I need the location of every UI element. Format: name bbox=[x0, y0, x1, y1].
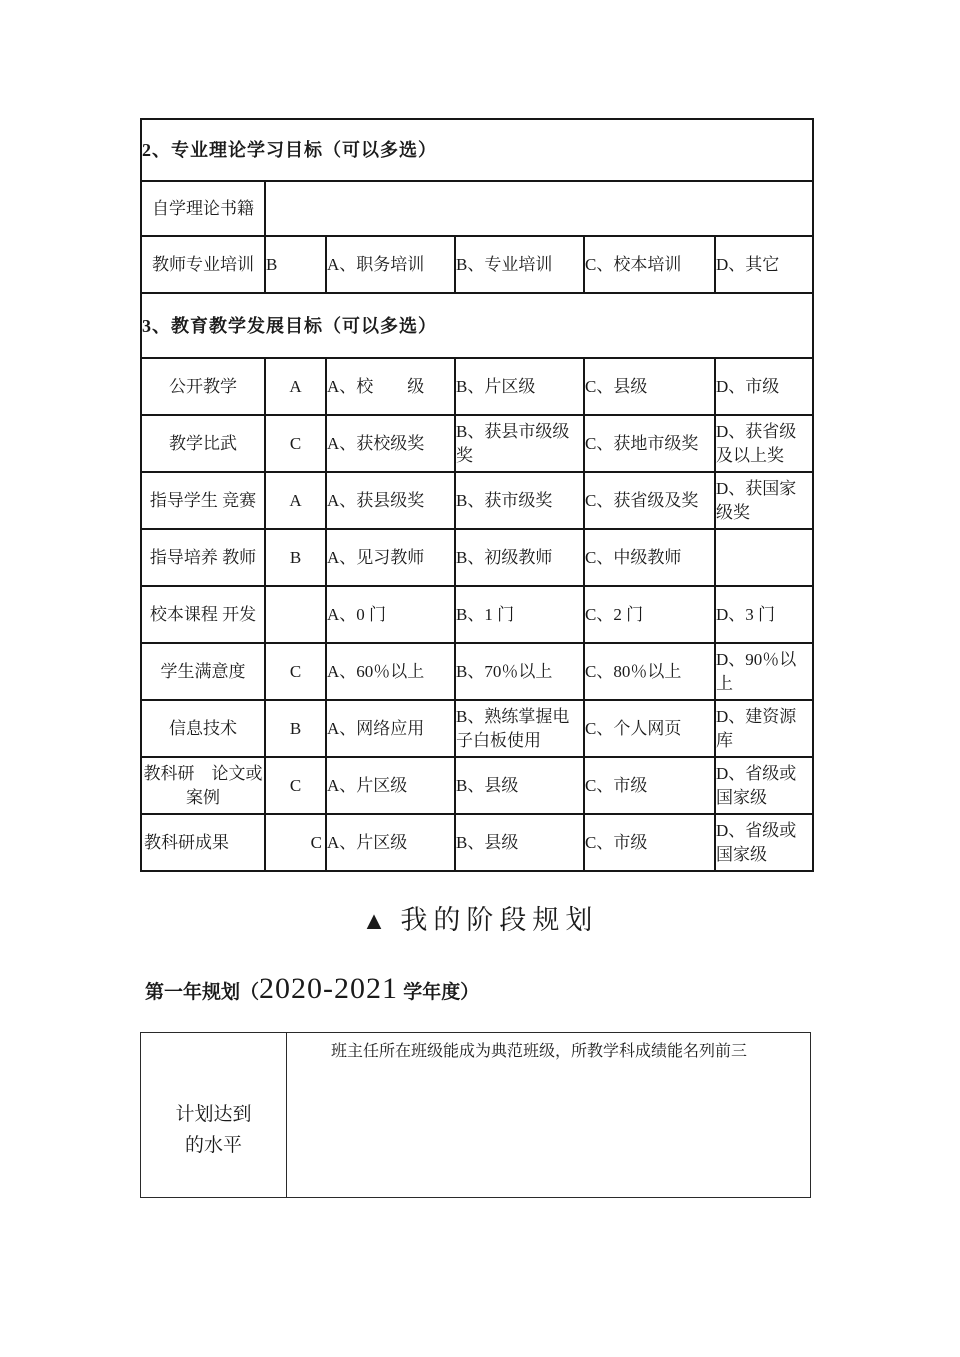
goal-option-c: C、中级教师 bbox=[584, 529, 715, 586]
goal-option-d: D、获国家级奖 bbox=[715, 472, 813, 529]
goal-row-label: 教科研成果 bbox=[141, 814, 265, 871]
goal-option-a: A、网络应用 bbox=[326, 700, 455, 757]
year-plan-table: 计划达到 的水平 班主任所在班级能成为典范班级，所教学科成绩能名列前三 bbox=[140, 1032, 811, 1198]
plan-level-label-line1: 计划达到 bbox=[142, 1099, 285, 1130]
goal-option-d: D、市级 bbox=[715, 358, 813, 415]
goal-option-b: B、县级 bbox=[455, 814, 584, 871]
goal-row: 公开教学 A A、校 级 B、片区级 C、县级 D、市级 bbox=[141, 358, 813, 415]
goal-row-label: 指导培养 教师 bbox=[141, 529, 265, 586]
goal-option-a: A、获县级奖 bbox=[326, 472, 455, 529]
goal-option-d: D、省级或国家级 bbox=[715, 757, 813, 814]
goal-row-choice: C bbox=[265, 814, 326, 871]
goal-row-label: 指导学生 竞赛 bbox=[141, 472, 265, 529]
goal-option-a: A、60％以上 bbox=[326, 643, 455, 700]
plan-level-content: 班主任所在班级能成为典范班级，所教学科成绩能名列前三 bbox=[287, 1033, 811, 1198]
year-plan-suffix: 学年度） bbox=[398, 982, 479, 1003]
goal-row: 教科研成果 C A、片区级 B、县级 C、市级 D、省级或国家级 bbox=[141, 814, 813, 871]
goal-option-c: C、校本培训 bbox=[584, 236, 715, 293]
goal-option-a: A、片区级 bbox=[326, 757, 455, 814]
section3-title: 3、教育教学发展目标（可以多选） bbox=[141, 293, 813, 358]
goal-row: 校本课程 开发 A、0 门 B、1 门 C、2 门 D、3 门 bbox=[141, 586, 813, 643]
goal-option-a: A、校 级 bbox=[326, 358, 455, 415]
goal-row: 指导培养 教师 B A、见习教师 B、初级教师 C、中级教师 bbox=[141, 529, 813, 586]
goal-row-label: 教师专业培训 bbox=[141, 236, 265, 293]
goal-option-b: B、熟练掌握电子白板使用 bbox=[455, 700, 584, 757]
goal-row: 学生满意度 C A、60％以上 B、70％以上 C、80％以上 D、90％以上 bbox=[141, 643, 813, 700]
goal-option-d: D、3 门 bbox=[715, 586, 813, 643]
goal-row-label: 学生满意度 bbox=[141, 643, 265, 700]
goal-option-b: B、专业培训 bbox=[455, 236, 584, 293]
goal-option-d: D、获省级及以上奖 bbox=[715, 415, 813, 472]
development-goals-table: 2、专业理论学习目标（可以多选） 自学理论书籍 教师专业培训 B A、职务培训 … bbox=[140, 118, 814, 872]
goal-option-b: B、70％以上 bbox=[455, 643, 584, 700]
goal-option-b: B、县级 bbox=[455, 757, 584, 814]
triangle-marker-icon: ▲ bbox=[362, 908, 387, 935]
goal-row-label: 教科研 论文或案例 bbox=[141, 757, 265, 814]
goal-option-a: A、片区级 bbox=[326, 814, 455, 871]
goal-option-c: C、2 门 bbox=[584, 586, 715, 643]
stage-plan-heading: ▲我的阶段规划 bbox=[0, 898, 960, 937]
goal-option-b: B、获县市级级奖 bbox=[455, 415, 584, 472]
goal-option-d bbox=[715, 529, 813, 586]
goal-row-choice: C bbox=[265, 415, 326, 472]
goal-row: 教科研 论文或案例 C A、片区级 B、县级 C、市级 D、省级或国家级 bbox=[141, 757, 813, 814]
goal-row: 教学比武 C A、获校级奖 B、获县市级级奖 C、获地市级奖 D、获省级及以上奖 bbox=[141, 415, 813, 472]
goal-row-choice: A bbox=[265, 358, 326, 415]
goal-row-label: 校本课程 开发 bbox=[141, 586, 265, 643]
goal-option-a: A、获校级奖 bbox=[326, 415, 455, 472]
goal-row-choice: B bbox=[265, 236, 326, 293]
plan-level-label: 计划达到 的水平 bbox=[141, 1033, 287, 1198]
teacher-training-row: 教师专业培训 B A、职务培训 B、专业培训 C、校本培训 D、其它 bbox=[141, 236, 813, 293]
goal-row-choice: C bbox=[265, 643, 326, 700]
year-plan-open-paren: （ bbox=[240, 982, 259, 1003]
goal-option-a: A、0 门 bbox=[326, 586, 455, 643]
goal-option-c: C、县级 bbox=[584, 358, 715, 415]
plan-level-label-line2: 的水平 bbox=[142, 1130, 285, 1161]
goal-option-c: C、80％以上 bbox=[584, 643, 715, 700]
goal-option-c: C、市级 bbox=[584, 814, 715, 871]
goal-row-choice: B bbox=[265, 529, 326, 586]
self-study-label: 自学理论书籍 bbox=[141, 181, 265, 236]
goal-row-label: 公开教学 bbox=[141, 358, 265, 415]
goal-option-b: B、获市级奖 bbox=[455, 472, 584, 529]
document-page: 2、专业理论学习目标（可以多选） 自学理论书籍 教师专业培训 B A、职务培训 … bbox=[0, 0, 960, 1357]
goal-option-d: D、省级或国家级 bbox=[715, 814, 813, 871]
goal-option-b: B、片区级 bbox=[455, 358, 584, 415]
goal-row-choice: A bbox=[265, 472, 326, 529]
goal-row-choice bbox=[265, 586, 326, 643]
section2-header-row: 2、专业理论学习目标（可以多选） bbox=[141, 119, 813, 181]
goal-row-label: 信息技术 bbox=[141, 700, 265, 757]
year-plan-years: 2020-2021 bbox=[259, 972, 398, 1005]
goal-option-c: C、个人网页 bbox=[584, 700, 715, 757]
goal-option-c: C、获地市级奖 bbox=[584, 415, 715, 472]
goal-option-d: D、建资源库 bbox=[715, 700, 813, 757]
section3-rows: 公开教学 A A、校 级 B、片区级 C、县级 D、市级 教学比武 C A、获校… bbox=[141, 358, 813, 871]
goal-option-c: C、获省级及奖 bbox=[584, 472, 715, 529]
goal-option-a: A、职务培训 bbox=[326, 236, 455, 293]
goal-option-b: B、1 门 bbox=[455, 586, 584, 643]
goal-row: 指导学生 竞赛 A A、获县级奖 B、获市级奖 C、获省级及奖 D、获国家级奖 bbox=[141, 472, 813, 529]
stage-plan-title: 我的阶段规划 bbox=[400, 905, 598, 935]
self-study-value bbox=[265, 181, 813, 236]
section3-header-row: 3、教育教学发展目标（可以多选） bbox=[141, 293, 813, 358]
plan-level-row: 计划达到 的水平 班主任所在班级能成为典范班级，所教学科成绩能名列前三 bbox=[141, 1033, 811, 1198]
goal-option-d: D、90％以上 bbox=[715, 643, 813, 700]
goal-row-choice: B bbox=[265, 700, 326, 757]
year-plan-label: 第一年规划 bbox=[145, 982, 240, 1003]
goal-option-c: C、市级 bbox=[584, 757, 715, 814]
section2-title: 2、专业理论学习目标（可以多选） bbox=[141, 119, 813, 181]
goal-row: 信息技术 B A、网络应用 B、熟练掌握电子白板使用 C、个人网页 D、建资源库 bbox=[141, 700, 813, 757]
first-year-plan-heading: 第一年规划（2020-2021 学年度） bbox=[145, 972, 479, 1006]
goal-row-label: 教学比武 bbox=[141, 415, 265, 472]
goal-row-choice: C bbox=[265, 757, 326, 814]
self-study-row: 自学理论书籍 bbox=[141, 181, 813, 236]
goal-option-b: B、初级教师 bbox=[455, 529, 584, 586]
goal-option-d: D、其它 bbox=[715, 236, 813, 293]
goal-option-a: A、见习教师 bbox=[326, 529, 455, 586]
